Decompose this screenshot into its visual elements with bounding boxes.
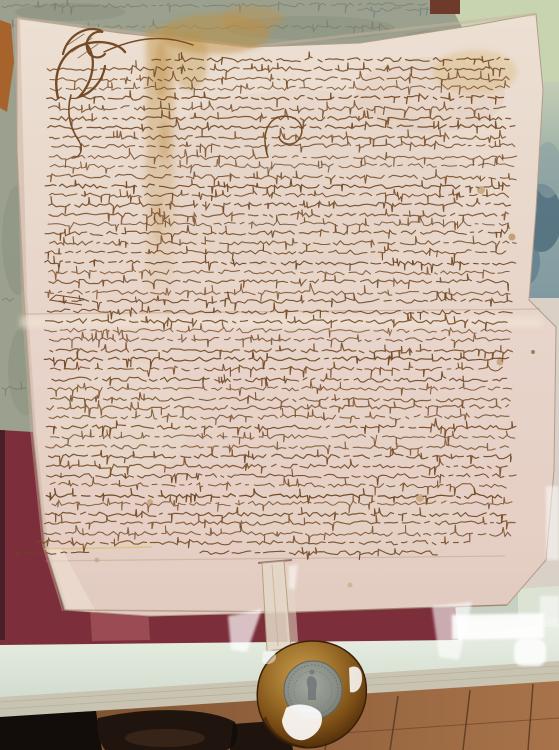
photo-scene bbox=[0, 0, 559, 750]
floor-shadow bbox=[0, 711, 102, 750]
shoe bbox=[97, 710, 237, 750]
seal-figure bbox=[307, 676, 317, 700]
scene-canvas bbox=[0, 0, 559, 750]
maroon-board-strip-top bbox=[430, 0, 460, 14]
